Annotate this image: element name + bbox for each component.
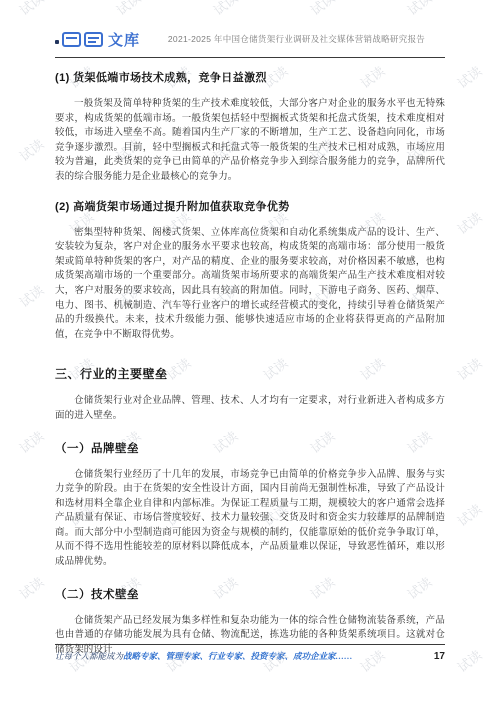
library-logo: 文库 bbox=[55, 29, 140, 50]
paragraph-2: 密集型特种货架、阁楼式货架、立体库高位货架和自动化系统集成产品的设计、生产、安装… bbox=[55, 226, 445, 343]
paragraph-1: 一般货架及简单特种货架的生产技术难度较低，大部分客户对企业的服务水平也无特殊要求… bbox=[55, 97, 445, 185]
document-page: 试读试读试读试读试读试读试读试读试读试读试读试读试读试读试读试读试读试读试读试读… bbox=[0, 0, 499, 706]
sub-heading-brand: （一）品牌壁垒 bbox=[55, 440, 445, 456]
footer-divider bbox=[55, 644, 445, 645]
logo-lines-icon bbox=[84, 32, 103, 47]
chapter-heading: 三、行业的主要壁垒 bbox=[55, 365, 445, 382]
footer-slogan: 让每个人都能成为战略专家、管理专家、行业专家、投资专家、成功企业家…… bbox=[55, 650, 353, 662]
page-footer: 让每个人都能成为战略专家、管理专家、行业专家、投资专家、成功企业家…… 17 bbox=[55, 644, 445, 662]
page-header: 文库 2021-2025 年中国仓储货架行业调研及社交媒体营销战略研究报告 bbox=[55, 28, 445, 50]
paragraph-3: 仓储货架行业对企业品牌、管理、技术、人才均有一定要求，对行业新进入者构成多方面的… bbox=[55, 394, 445, 423]
page-number: 17 bbox=[434, 651, 445, 662]
slogan-highlight: 战略专家、管理专家、行业专家、投资专家、成功企业家…… bbox=[123, 651, 353, 661]
logo-text: 文库 bbox=[108, 29, 140, 50]
logo-dot-icon bbox=[55, 40, 59, 44]
slogan-prefix: 让每个人都能成为 bbox=[55, 651, 123, 661]
section-heading-2: (2) 高端货架市场通过提升附加值获取竞争优势 bbox=[55, 198, 445, 214]
page-content: 文库 2021-2025 年中国仓储货架行业调研及社交媒体营销战略研究报告 (1… bbox=[0, 0, 499, 657]
paragraph-4: 仓储货架行业经历了十几年的发展，市场竞争已由简单的价格竞争步入品牌、服务与实力竞… bbox=[55, 468, 445, 570]
section-heading-1: (1) 货架低端市场技术成熟，竞争日益激烈 bbox=[55, 69, 445, 85]
report-title: 2021-2025 年中国仓储货架行业调研及社交媒体营销战略研究报告 bbox=[140, 33, 445, 45]
header-divider bbox=[55, 57, 445, 58]
logo-box-icon bbox=[62, 32, 81, 47]
sub-heading-tech: （二）技术壁垒 bbox=[55, 586, 445, 602]
